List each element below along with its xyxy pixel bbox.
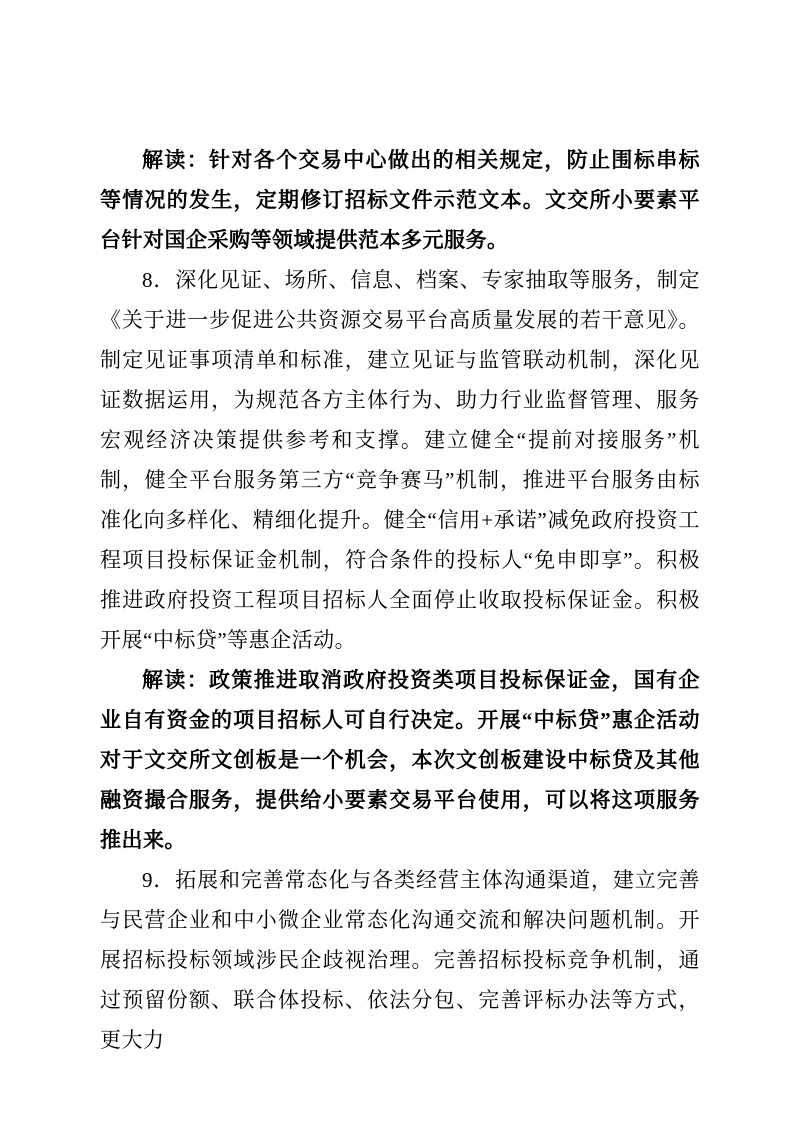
paragraph-item-9: 9．拓展和完善常态化与各类经营主体沟通渠道，建立完善与民营企业和中小微企业常态化… [100,860,700,1060]
paragraph-interpretation-1: 解读：针对各个交易中心做出的相关规定，防止围标串标等情况的发生，定期修订招标文件… [100,140,700,260]
document-body: 解读：针对各个交易中心做出的相关规定，防止围标串标等情况的发生，定期修订招标文件… [100,140,700,1060]
document-page: 解读：针对各个交易中心做出的相关规定，防止围标串标等情况的发生，定期修订招标文件… [0,0,793,1122]
paragraph-interpretation-2: 解读：政策推进取消政府投资类项目投标保证金，国有企业自有资金的项目招标人可自行决… [100,660,700,860]
paragraph-item-8: 8．深化见证、场所、信息、档案、专家抽取等服务，制定《关于进一步促进公共资源交易… [100,260,700,660]
